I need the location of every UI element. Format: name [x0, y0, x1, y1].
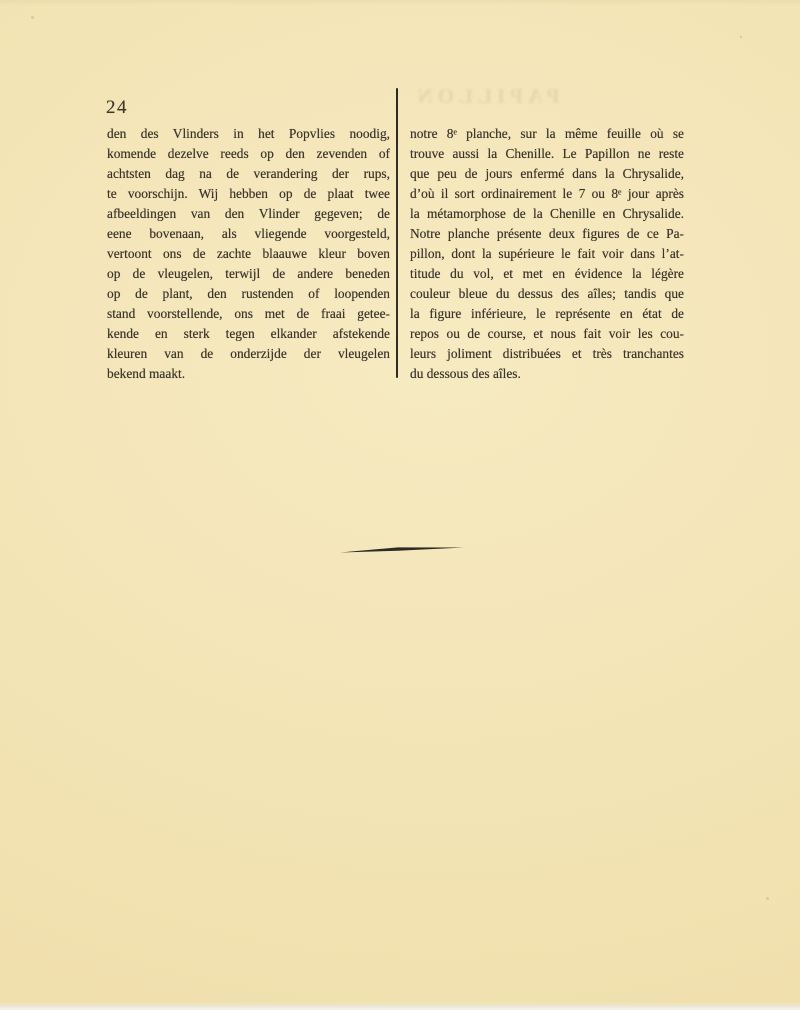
column-divider-rule	[396, 88, 398, 378]
page-number: 24	[106, 97, 128, 119]
text-line: bekend maakt.	[107, 364, 390, 384]
text-line: den des Vlinders in het Popvlies noodig,	[107, 124, 390, 144]
text-line: stand voorstellende, ons met de fraai ge…	[107, 304, 390, 324]
text-line: notre 8ᵉ planche, sur la même feuille où…	[410, 124, 684, 144]
text-line: kende en sterk tegen elkander afstekende	[107, 324, 390, 344]
text-line: vertoont ons de zachte blaauwe kleur bov…	[107, 244, 390, 264]
left-column-dutch-text: den des Vlinders in het Popvlies noodig,…	[107, 124, 390, 384]
text-line: pillon, dont la supérieure le fait voir …	[410, 244, 684, 264]
show-through-text: PAPILLON	[402, 84, 570, 109]
text-line: Notre planche présente deux figures de c…	[410, 224, 684, 244]
page-bottom-edge	[0, 1002, 800, 1010]
text-line: kleuren van de onderzijde der vleugelen	[107, 344, 390, 364]
text-line: couleur bleue du dessus des aîles; tandi…	[410, 284, 684, 304]
text-line: d’où il sort ordinairement le 7 ou 8ᵉ jo…	[410, 184, 684, 204]
text-line: que peu de jours enfermé dans la Chrysal…	[410, 164, 684, 184]
paper-speck	[766, 897, 769, 900]
text-line: achtsten dag na de verandering der rups,	[107, 164, 390, 184]
paper-speck	[740, 36, 742, 38]
text-line: du dessous des aîles.	[410, 364, 684, 384]
text-line: afbeeldingen van den Vlinder gegeven; de	[107, 204, 390, 224]
text-line: leurs joliment distribuées et très tranc…	[410, 344, 684, 364]
text-line: la figure inférieure, le représente en é…	[410, 304, 684, 324]
swelled-rule-divider	[340, 545, 464, 554]
paper-speck	[31, 16, 34, 19]
right-column-french-text: notre 8ᵉ planche, sur la même feuille où…	[410, 124, 684, 384]
text-line: komende dezelve reeds op den zevenden of	[107, 144, 390, 164]
text-line: te voorschijn. Wij hebben op de plaat tw…	[107, 184, 390, 204]
text-line: titude du vol, et met en évidence la lég…	[410, 264, 684, 284]
text-line: la métamorphose de la Chenille en Chrysa…	[410, 204, 684, 224]
text-line: op de plant, den rustenden of loopenden	[107, 284, 390, 304]
text-line: repos ou de course, et nous fait voir le…	[410, 324, 684, 344]
text-line: eene bovenaan, als vliegende voorgesteld…	[107, 224, 390, 244]
scanned-book-page: PAPILLON 24 den des Vlinders in het Popv…	[0, 0, 800, 1010]
text-line: trouve aussi la Chenille. Le Papillon ne…	[410, 144, 684, 164]
text-line: op de vleugelen, terwijl de andere bened…	[107, 264, 390, 284]
